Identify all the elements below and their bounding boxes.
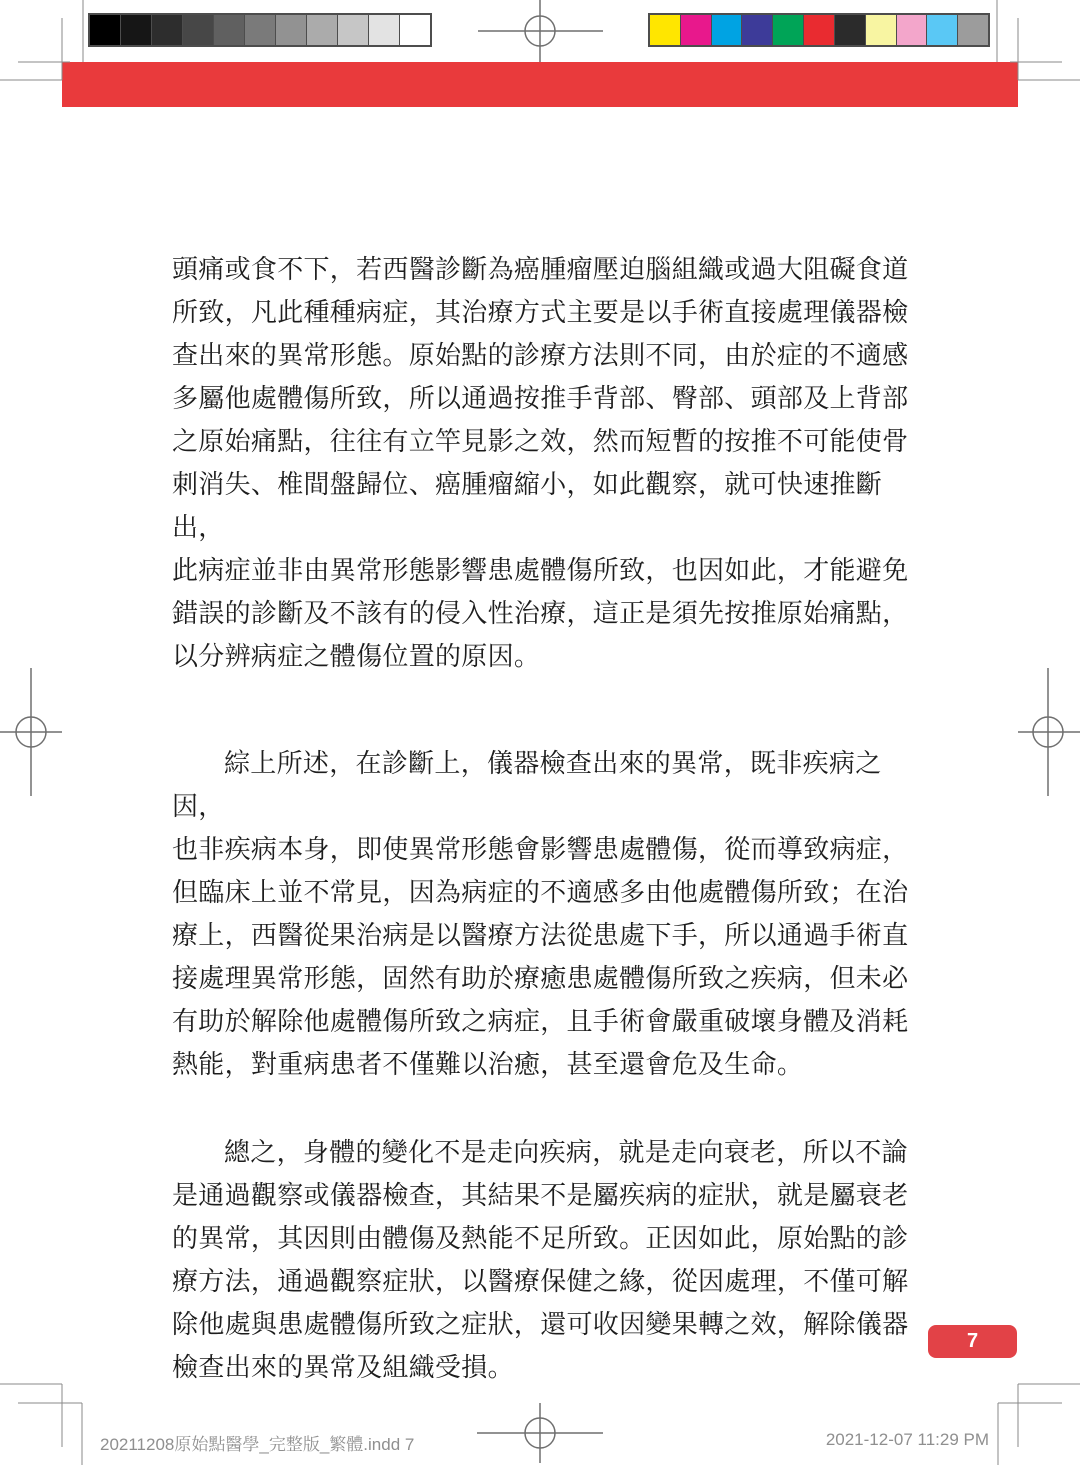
footer-filename: 20211208原始點醫學_完整版_繁體.indd 7: [100, 1430, 414, 1455]
color-swatch: [151, 15, 182, 45]
paragraph: 頭痛或食不下，若西醫診斷為癌腫瘤壓迫腦組織或過大阻礙食道 所致，凡此種種病症，其…: [172, 248, 912, 678]
color-swatch: [399, 15, 430, 45]
color-swatch: [337, 15, 368, 45]
color-swatch: [865, 15, 896, 45]
color-swatch: [306, 15, 337, 45]
color-swatch: [368, 15, 399, 45]
color-calibration-bar: [648, 13, 990, 47]
book-proof-page: 頭痛或食不下，若西醫診斷為癌腫瘤壓迫腦組織或過大阻礙食道 所致，凡此種種病症，其…: [0, 0, 1080, 1465]
color-swatch: [244, 15, 275, 45]
color-swatch: [275, 15, 306, 45]
color-swatch: [650, 15, 680, 45]
color-swatch: [772, 15, 803, 45]
body-text-column: 頭痛或食不下，若西醫診斷為癌腫瘤壓迫腦組織或過大阻礙食道 所致，凡此種種病症，其…: [172, 248, 912, 1389]
color-swatch: [680, 15, 711, 45]
chapter-header-banner: [62, 62, 1018, 107]
color-swatch: [896, 15, 927, 45]
color-swatch: [182, 15, 213, 45]
color-swatch: [711, 15, 742, 45]
color-swatch: [803, 15, 834, 45]
color-swatch: [120, 15, 151, 45]
paragraph: 綜上所述，在診斷上，儀器檢查出來的異常，既非疾病之因， 也非疾病本身，即使異常形…: [172, 742, 912, 1086]
color-swatch: [926, 15, 957, 45]
grayscale-calibration-bar: [88, 13, 432, 47]
paragraph: 總之，身體的變化不是走向疾病，就是走向衰老，所以不論 是通過觀察或儀器檢查，其結…: [172, 1131, 912, 1389]
color-swatch: [834, 15, 865, 45]
page-number: 7: [967, 1330, 978, 1353]
color-swatch: [213, 15, 244, 45]
page-number-badge: 7: [928, 1325, 1017, 1358]
color-swatch: [741, 15, 772, 45]
color-swatch: [90, 15, 120, 45]
color-swatch: [957, 15, 988, 45]
footer-timestamp: 2021-12-07 11:29 PM: [826, 1430, 989, 1450]
